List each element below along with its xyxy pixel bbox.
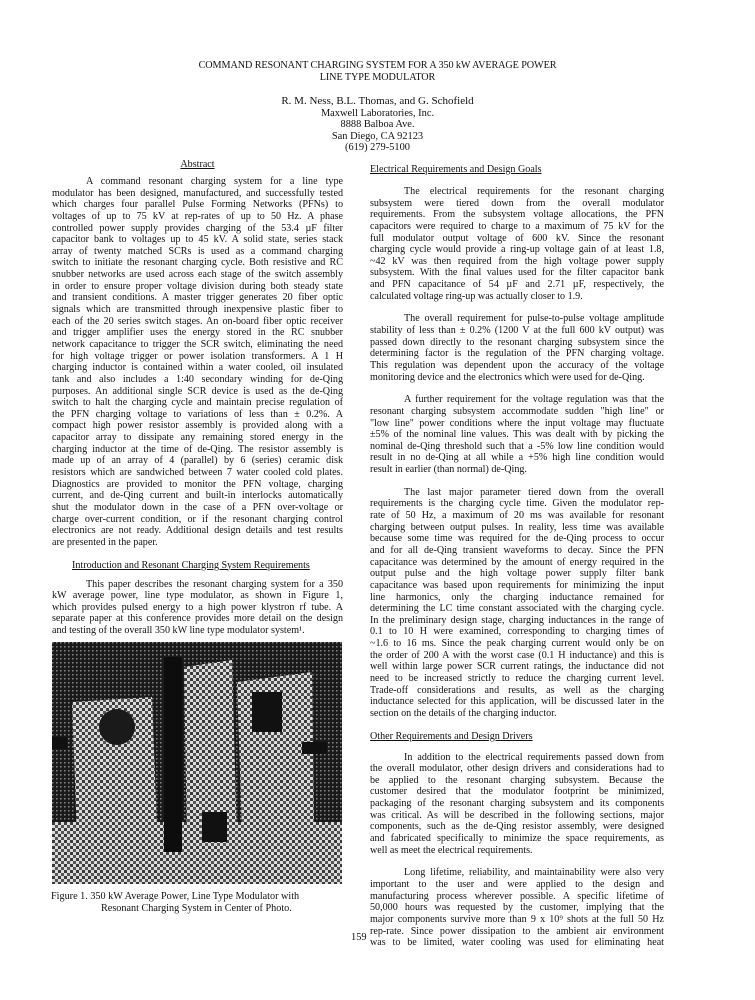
text-line: 50,000 hours was requested by the custom…	[370, 902, 664, 914]
electrical-para-3: A further requirement for the voltage re…	[370, 394, 664, 475]
text-line: the order of 200 A with the worst case (…	[370, 650, 664, 662]
text-line: and for all de-Qing transient waveforms …	[370, 545, 664, 557]
text-line: compact high power resistor assembly is …	[52, 420, 343, 432]
text-line: full modulator output voltage of 600 kV.…	[370, 233, 664, 245]
caption-line-2: Resonant Charging System in Center of Ph…	[51, 903, 299, 915]
title-line-1: COMMAND RESONANT CHARGING SYSTEM FOR A 3…	[0, 60, 755, 72]
abstract-body: A command resonant charging system for a…	[52, 176, 343, 549]
electrical-para-4: The last major parameter tiered down fro…	[370, 487, 664, 720]
electrical-requirements-heading: Electrical Requirements and Design Goals	[370, 164, 664, 186]
text-line: Trade-off considerations and results, as…	[370, 685, 664, 697]
text-line: determining the LC time constant associa…	[370, 603, 664, 615]
text-line: charging inductor is contained within a …	[52, 362, 343, 374]
text-line: array of twenty matched SCRs is used as …	[52, 246, 343, 258]
text-line: determining factor is the regulation of …	[370, 348, 664, 360]
text-line: A further requirement for the voltage re…	[370, 394, 664, 406]
text-line: capacitance was based upon requirements …	[370, 580, 664, 592]
other-para-1: In addition to the electrical requiremen…	[370, 752, 664, 857]
text-line: ~42 kV was then required from the high v…	[370, 256, 664, 268]
page-number: 159	[351, 932, 367, 943]
left-column: Abstract A command resonant charging sys…	[52, 159, 343, 637]
text-line: and PFN capacitance of 54 µF and 2.71 µF…	[370, 279, 664, 291]
text-line: The last major parameter tiered down fro…	[370, 487, 664, 499]
affiliation-org: Maxwell Laboratories, Inc.	[0, 108, 755, 120]
text-line: components, such as the de-Qing resistor…	[370, 821, 664, 833]
text-line: 0.1 to 10 H were examined, corresponding…	[370, 626, 664, 638]
text-line: ±5% of the nominal line values. This was…	[370, 429, 664, 441]
text-line: A command resonant charging system for a…	[52, 176, 343, 188]
text-line: result in no de-Qing at all while a +5% …	[370, 452, 664, 464]
text-line: resistors which are sandwiched between 7…	[52, 467, 343, 479]
text-line: subsystem. With the final values used fo…	[370, 267, 664, 279]
text-line: which provides pulsed energy to a high p…	[52, 602, 343, 614]
title-line-2: LINE TYPE MODULATOR	[0, 72, 755, 84]
text-line: line harmonics, only the charging induct…	[370, 592, 664, 604]
text-line: modulator has been designed, manufacture…	[52, 188, 343, 200]
text-line: switch to halt the charging cycle and ma…	[52, 397, 343, 409]
text-line: monitoring device and the electronics wh…	[370, 372, 664, 384]
text-line: "low line" power conditions where the in…	[370, 418, 664, 430]
modulator-photo-illustration	[52, 642, 342, 884]
intro-body: This paper describes the resonant chargi…	[52, 579, 343, 637]
text-line: voltages of up to 75 kV at rep-rates of …	[52, 211, 343, 223]
text-line: manufacturing process wherever possible.…	[370, 891, 664, 903]
text-line: need to be increased strictly to reduce …	[370, 673, 664, 685]
text-line: because some time was required for the d…	[370, 533, 664, 545]
text-line: subsystem were tiered down from the over…	[370, 198, 664, 210]
text-line: well as meet the electrical requirements…	[370, 845, 664, 857]
intro-heading: Introduction and Resonant Charging Syste…	[52, 560, 343, 579]
text-line: capacitance was determined by the amount…	[370, 557, 664, 569]
text-line: in order to ensure proper voltage divisi…	[52, 281, 343, 293]
text-line: separate paper at this conference provid…	[52, 613, 343, 625]
paper-title: COMMAND RESONANT CHARGING SYSTEM FOR A 3…	[0, 60, 755, 84]
text-line: and transient conditions. A master trigg…	[52, 292, 343, 304]
text-line: inductance selected for this application…	[370, 696, 664, 708]
other-requirements-heading: Other Requirements and Design Drivers	[370, 731, 664, 752]
text-line: stability of less than ± 0.2% (1200 V at…	[370, 325, 664, 337]
text-line: well within large power SCR current rati…	[370, 661, 664, 673]
figure-1-caption: Figure 1. 350 kW Average Power, Line Typ…	[51, 891, 299, 915]
text-line: shut the modulator down in the case of a…	[52, 502, 343, 514]
text-line: and fabricated specifically to minimize …	[370, 833, 664, 845]
figure-1-photo	[52, 642, 342, 884]
electrical-para-1: The electrical requirements for the reso…	[370, 186, 664, 302]
text-line: charging inductor at the time of de-Qing…	[52, 444, 343, 456]
affiliation-phone: (619) 279-5100	[0, 142, 755, 154]
caption-line-1: Figure 1. 350 kW Average Power, Line Typ…	[51, 891, 299, 903]
author-block: R. M. Ness, B.L. Thomas, and G. Schofiel…	[0, 96, 755, 154]
text-line: capacitor bank to voltages up to 45 kV. …	[52, 234, 343, 246]
text-line: network capacitance to trigger the SCR s…	[52, 339, 343, 351]
text-line: This regulation was dependent upon the a…	[370, 360, 664, 372]
affiliation-street: 8888 Balboa Ave.	[0, 119, 755, 131]
text-line: are presented in the paper.	[52, 537, 343, 549]
text-line: tank and also includes a 1:40 secondary …	[52, 374, 343, 386]
text-line: rep-rate. Since power dissipation to the…	[370, 926, 664, 938]
text-line: was critical. As will be described in th…	[370, 810, 664, 822]
text-line: be applied to the resonant charging subs…	[370, 775, 664, 787]
right-column: Electrical Requirements and Design Goals…	[370, 164, 664, 949]
text-line: controlled power supply provides chargin…	[52, 223, 343, 235]
text-line: current, and de-Qing current and built-i…	[52, 490, 343, 502]
text-line: ~1.6 to 16 ms. Since the peak charging c…	[370, 638, 664, 650]
text-line: signals which are transmitted through in…	[52, 304, 343, 316]
text-line: In the preliminary design stage, chargin…	[370, 615, 664, 627]
text-line: capacitor array to dissipate any remaini…	[52, 432, 343, 444]
text-line: made up of an array of 4 (parallel) by 6…	[52, 455, 343, 467]
text-line: In addition to the electrical requiremen…	[370, 752, 664, 764]
text-line: which charges four parallel Pulse Formin…	[52, 199, 343, 211]
text-line: switch to initiate the resonant charging…	[52, 257, 343, 269]
text-line: Long lifetime, reliability, and maintain…	[370, 867, 664, 879]
text-line: This paper describes the resonant chargi…	[52, 579, 343, 591]
text-line: requirements. From the subsystem voltage…	[370, 209, 664, 221]
text-line: the PFN charging voltage to variations o…	[52, 409, 343, 421]
text-line: charging cycle would provide a ring-up v…	[370, 244, 664, 256]
text-line: rate of 50 Hz, a maximum of 20 ms was av…	[370, 510, 664, 522]
text-line: charge over-current condition, or if the…	[52, 514, 343, 526]
text-line: charging between output pulses. In reali…	[370, 522, 664, 534]
text-line: purposes. An additional single SCR devic…	[52, 386, 343, 398]
text-line: calculated voltage ring-up was actually …	[370, 291, 664, 303]
text-line: output pulse and the high voltage power …	[370, 568, 664, 580]
text-line: nominal de-Qing threshold such that a -5…	[370, 441, 664, 453]
text-line: customer desired that the modulator foot…	[370, 786, 664, 798]
text-line: Diagnostics are provided to monitor the …	[52, 479, 343, 491]
electrical-para-2: The overall requirement for pulse-to-pul…	[370, 313, 664, 383]
text-line: kW average power, line type modulator, a…	[52, 590, 343, 602]
text-line: The electrical requirements for the reso…	[370, 186, 664, 198]
text-line: packaging of the resonant charging subsy…	[370, 798, 664, 810]
text-line: the overall modulator, other design driv…	[370, 763, 664, 775]
authors: R. M. Ness, B.L. Thomas, and G. Schofiel…	[0, 96, 755, 108]
text-line: was to be limited, water cooling was use…	[370, 937, 664, 949]
text-line: section on the details of the charging i…	[370, 708, 664, 720]
abstract-heading: Abstract	[52, 159, 343, 176]
other-para-2: Long lifetime, reliability, and maintain…	[370, 867, 664, 948]
text-line: major components survive more than 9 x 1…	[370, 914, 664, 926]
text-line: each of the 20 series switch stages. An …	[52, 316, 343, 328]
text-line: snubber networks are used across each st…	[52, 269, 343, 281]
text-line: result in earlier (than normal) de-Qing.	[370, 464, 664, 476]
affiliation-city: San Diego, CA 92123	[0, 131, 755, 143]
text-line: and testing of the overall 350 kW line t…	[52, 625, 343, 637]
text-line: electronics are not ready. Additional de…	[52, 525, 343, 537]
text-line: capacitors were required to charge to a …	[370, 221, 664, 233]
text-line: important to the user and were applied t…	[370, 879, 664, 891]
text-line: resonant charging subsystem accommodate …	[370, 406, 664, 418]
text-line: requirements is the charging cycle time.…	[370, 498, 664, 510]
text-line: and trigger amplifier uses the energy st…	[52, 327, 343, 339]
text-line: The overall requirement for pulse-to-pul…	[370, 313, 664, 325]
text-line: passed down directly to the resonant cha…	[370, 337, 664, 349]
text-line: for high voltage trigger or power isolat…	[52, 351, 343, 363]
